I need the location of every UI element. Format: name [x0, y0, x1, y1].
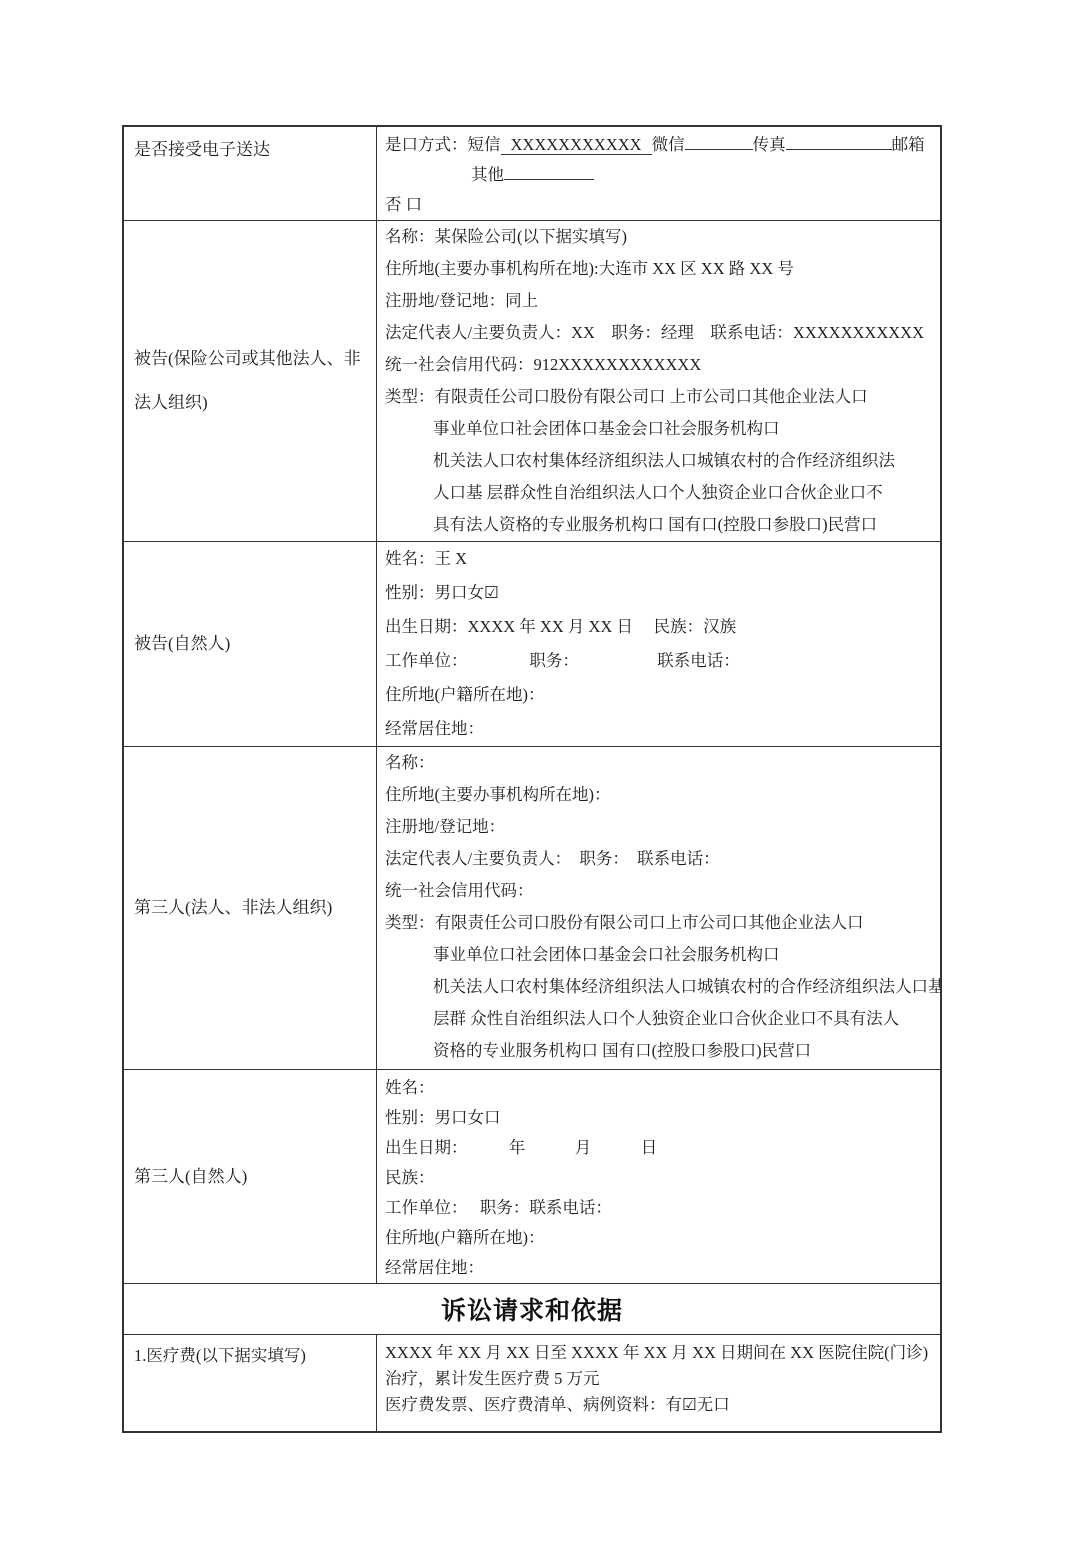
electronic-service-content: 是口方式：短信XXXXXXXXXXX微信传真邮箱 其他 否 口 — [377, 127, 940, 220]
third-party-org-type-line-2: 事业单位口社会团体口基金会口社会服务机构口 — [385, 939, 932, 971]
third-party-person-ethnicity: 民族： — [385, 1163, 932, 1193]
section-header-claims-and-basis: 诉讼请求和依据 — [124, 1283, 940, 1334]
defendant-org-type-line-2: 事业单位口社会团体口基金会口社会服务机构口 — [385, 413, 932, 445]
electronic-service-label: 是否接受电子送达 — [124, 127, 377, 220]
defendant-person-gender: 性别：男口女☑ — [385, 576, 932, 610]
electronic-service-other-line: 其他 — [385, 160, 932, 190]
other-blank-field — [504, 163, 594, 180]
third-party-org-type-line-5: 资格的专业服务机构口 国有口(控股口参股口)民营口 — [385, 1035, 932, 1067]
yes-method-prefix: 是口方式：短信 — [385, 135, 501, 154]
defendant-org-type-line-5: 具有法人资格的专业服务机构口 国有口(控股口参股口)民营口 — [385, 509, 932, 541]
medical-fee-evidence: 医疗费发票、医疗费清单、病例资料：有☑无口 — [385, 1392, 932, 1418]
wechat-blank-field — [685, 133, 753, 150]
row-defendant-org: 被告(保险公司或其他法人、非法人组织) 名称：某保险公司(以下据实填写) 住所地… — [124, 220, 940, 541]
third-party-person-employer: 工作单位： 职务：联系电话： — [385, 1193, 932, 1223]
defendant-org-type-line-3: 机关法人口农村集体经济组织法人口城镇农村的合作经济组织法 — [385, 445, 932, 477]
row-defendant-person: 被告(自然人) 姓名：王 X 性别：男口女☑ 出生日期：XXXX 年 XX 月 … — [124, 541, 940, 746]
defendant-org-content: 名称：某保险公司(以下据实填写) 住所地(主要办事机构所在地):大连市 XX 区… — [377, 221, 940, 541]
document-page: 是否接受电子送达 是口方式：短信XXXXXXXXXXX微信传真邮箱 其他 否 口… — [0, 0, 1080, 1564]
third-party-org-type-line-4: 层群 众性自治组织法人口个人独资企业口合伙企业口不具有法人 — [385, 1003, 932, 1035]
medical-fee-content: XXXX 年 XX 月 XX 日至 XXXX 年 XX 月 XX 日期间在 XX… — [377, 1335, 940, 1431]
defendant-org-credit-code: 统一社会信用代码：912XXXXXXXXXXXX — [385, 349, 932, 381]
defendant-org-address: 住所地(主要办事机构所在地):大连市 XX 区 XX 路 XX 号 — [385, 253, 932, 285]
defendant-org-legal-rep: 法定代表人/主要负责人：XX 职务：经理 联系电话：XXXXXXXXXXX — [385, 317, 932, 349]
third-party-person-habitual-residence: 经常居住地： — [385, 1253, 932, 1283]
third-party-person-name: 姓名： — [385, 1073, 932, 1103]
third-party-person-label: 第三人(自然人) — [124, 1070, 377, 1283]
third-party-org-address: 住所地(主要办事机构所在地)： — [385, 779, 932, 811]
third-party-org-type-line-3: 机关法人口农村集体经济组织法人口城镇农村的合作经济组织法人口基 — [385, 971, 932, 1003]
row-third-party-person: 第三人(自然人) 姓名： 性别：男口女口 出生日期： 年 月 日 民族： 工作单… — [124, 1069, 940, 1283]
medical-fee-description: XXXX 年 XX 月 XX 日至 XXXX 年 XX 月 XX 日期间在 XX… — [385, 1340, 932, 1392]
third-party-org-name: 名称： — [385, 747, 932, 779]
medical-fee-label: 1.医疗费(以下据实填写) — [124, 1335, 377, 1431]
defendant-person-employer: 工作单位： 职务： 联系电话： — [385, 644, 932, 678]
wechat-label: 微信 — [652, 135, 685, 154]
third-party-org-content: 名称： 住所地(主要办事机构所在地)： 注册地/登记地： 法定代表人/主要负责人… — [377, 747, 940, 1069]
defendant-org-type-line-1: 类型：有限责任公司口股份有限公司口 上市公司口其他企业法人口 — [385, 381, 932, 413]
defendant-person-habitual-residence: 经常居住地： — [385, 712, 932, 746]
defendant-org-name: 名称：某保险公司(以下据实填写) — [385, 221, 932, 253]
third-party-person-residence: 住所地(户籍所在地)： — [385, 1223, 932, 1253]
defendant-person-birthdate-ethnicity: 出生日期：XXXX 年 XX 月 XX 日 民族：汉族 — [385, 610, 932, 644]
other-label: 其他 — [471, 165, 504, 184]
electronic-service-no-line: 否 口 — [385, 190, 932, 220]
third-party-person-content: 姓名： 性别：男口女口 出生日期： 年 月 日 民族： 工作单位： 职务：联系电… — [377, 1070, 940, 1283]
defendant-org-label: 被告(保险公司或其他法人、非法人组织) — [124, 221, 377, 541]
fax-blank-field — [786, 133, 892, 150]
fax-label: 传真 — [753, 135, 786, 154]
sms-number-field: XXXXXXXXXXX — [501, 135, 652, 155]
defendant-person-residence: 住所地(户籍所在地)： — [385, 678, 932, 712]
defendant-org-registered-address: 注册地/登记地：同上 — [385, 285, 932, 317]
defendant-org-type-line-4: 人口基 层群众性自治组织法人口个人独资企业口合伙企业口不 — [385, 477, 932, 509]
defendant-person-name: 姓名：王 X — [385, 542, 932, 576]
defendant-person-label: 被告(自然人) — [124, 542, 377, 746]
third-party-org-legal-rep: 法定代表人/主要负责人： 职务： 联系电话： — [385, 843, 932, 875]
row-third-party-org: 第三人(法人、非法人组织) 名称： 住所地(主要办事机构所在地)： 注册地/登记… — [124, 746, 940, 1069]
third-party-org-label: 第三人(法人、非法人组织) — [124, 747, 377, 1069]
lawsuit-info-table: 是否接受电子送达 是口方式：短信XXXXXXXXXXX微信传真邮箱 其他 否 口… — [122, 125, 942, 1433]
defendant-person-content: 姓名：王 X 性别：男口女☑ 出生日期：XXXX 年 XX 月 XX 日 民族：… — [377, 542, 940, 746]
third-party-org-type-line-1: 类型：有限责任公司口股份有限公司口上市公司口其他企业法人口 — [385, 907, 932, 939]
third-party-person-birthdate: 出生日期： 年 月 日 — [385, 1133, 932, 1163]
row-electronic-service: 是否接受电子送达 是口方式：短信XXXXXXXXXXX微信传真邮箱 其他 否 口 — [124, 127, 940, 220]
third-party-person-gender: 性别：男口女口 — [385, 1103, 932, 1133]
third-party-org-credit-code: 统一社会信用代码： — [385, 875, 932, 907]
third-party-org-registered-address: 注册地/登记地： — [385, 811, 932, 843]
email-label: 邮箱 — [892, 135, 925, 154]
row-medical-fee: 1.医疗费(以下据实填写) XXXX 年 XX 月 XX 日至 XXXX 年 X… — [124, 1334, 940, 1431]
electronic-service-yes-line: 是口方式：短信XXXXXXXXXXX微信传真邮箱 — [385, 130, 932, 160]
